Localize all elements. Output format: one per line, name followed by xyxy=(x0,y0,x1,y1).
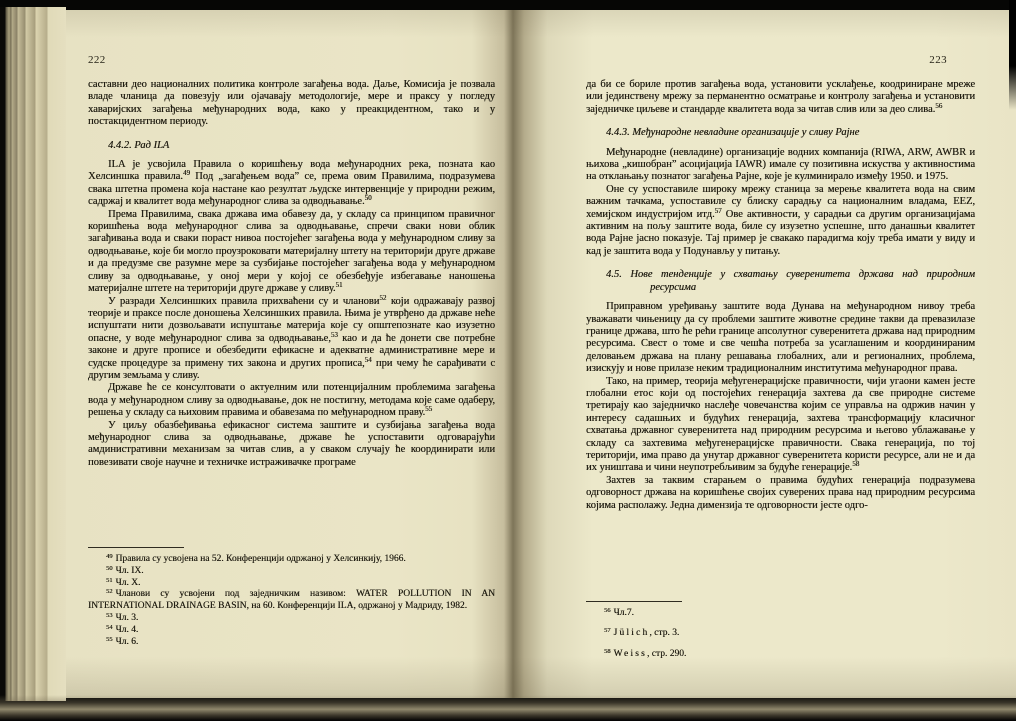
text-run: , стр. 290. xyxy=(647,649,686,659)
text-run: Jülich xyxy=(614,628,650,638)
page-number-left: 222 xyxy=(88,54,495,66)
footnote-separator-left xyxy=(88,547,184,548)
text-run: У разради Хелсиншких правила прихваћени … xyxy=(108,296,379,307)
footnote-number: 49 xyxy=(106,553,113,560)
text-run: саставни део националних политика контро… xyxy=(88,79,495,127)
scanned-book-spread: 222 саставни део националних политика ко… xyxy=(0,0,1016,721)
footnote-number: 54 xyxy=(106,624,113,631)
text-run: Чл. X. xyxy=(116,578,141,588)
text-run: Чл. 4. xyxy=(116,625,139,635)
text-run: 4.5. Нове тенденције у схватању суверени… xyxy=(606,269,975,292)
footnote-number: 55 xyxy=(106,636,113,643)
footnote: 52Чланови су усвојени под заједничким на… xyxy=(88,589,495,613)
footnote-ref: 56 xyxy=(935,102,942,110)
footnote: 54Чл. 4. xyxy=(88,625,495,637)
page-edges-left xyxy=(0,7,66,701)
paragraph: ILA је усвојила Правила о коришћењу вода… xyxy=(88,159,495,209)
text-run: Захтев за таквим старањем о правима буду… xyxy=(586,475,975,511)
page-right: 223 да би се бориле против загађења вода… xyxy=(586,54,975,512)
paragraph: У разради Хелсиншких правила прихваћени … xyxy=(88,296,495,383)
footnote-ref: 49 xyxy=(183,169,190,177)
footnote-ref: 53 xyxy=(331,331,338,339)
text-run: Weiss xyxy=(614,649,647,659)
text-run: Правила су усвојена на 52. Конференцији … xyxy=(116,554,406,564)
text-run: У циљу обазбеђивања ефикасног система за… xyxy=(88,420,495,468)
paragraph: Тако, на пример, теорија међугенерацијск… xyxy=(586,376,975,475)
paragraph: Захтев за таквим старањем о правима буду… xyxy=(586,475,975,512)
footnote-ref: 55 xyxy=(425,405,432,413)
text-run: 4.4.3. Међународне невладине организациј… xyxy=(606,127,859,138)
text-run: Међународне (невладине) организације вод… xyxy=(586,147,975,183)
paragraph: да би се бориле против загађења вода, ус… xyxy=(586,79,975,116)
paragraph: Државе ће се консултовати о актуелним ил… xyxy=(88,382,495,419)
footnote-ref: 57 xyxy=(715,207,722,215)
footnote: 56Чл.7. xyxy=(586,608,975,620)
section-heading: 4.4.2. Рад ILA xyxy=(88,140,495,152)
text-run: Према Правилима, свака држава има обавез… xyxy=(88,209,495,294)
paragraph: У циљу обазбеђивања ефикасног система за… xyxy=(88,420,495,470)
paragraph: саставни део националних политика контро… xyxy=(88,79,495,129)
text-run: Државе ће се консултовати о актуелним ил… xyxy=(88,382,495,418)
text-run: Чланови су усвојени под заједничким нази… xyxy=(88,589,495,611)
text-run: Приправном уређивању заштите вода Дунава… xyxy=(586,301,975,374)
page-number-right: 223 xyxy=(586,54,975,66)
text-run: Тако, на пример, теорија међугенерацијск… xyxy=(586,376,975,474)
text-run: 4.4.2. Рад ILA xyxy=(108,140,169,151)
text-run: Чл.7. xyxy=(614,608,634,618)
text-run: да би се бориле против загађења вода, ус… xyxy=(586,79,975,115)
page-edges-bottom xyxy=(0,695,1016,721)
footnote-number: 53 xyxy=(106,612,113,619)
footnote: 50Чл. IX. xyxy=(88,566,495,578)
paragraph: Оне су успоставиле широку мрежу станица … xyxy=(586,184,975,258)
section-heading: 4.4.3. Међународне невладине организациј… xyxy=(586,127,975,139)
footnote-number: 56 xyxy=(604,607,611,614)
paragraph: Међународне (невладине) организације вод… xyxy=(586,147,975,184)
text-run: , стр. 3. xyxy=(649,628,679,638)
footnote-ref: 58 xyxy=(852,460,859,468)
footnote: 51Чл. X. xyxy=(88,578,495,590)
footnote-ref: 54 xyxy=(365,356,372,364)
footnote-number: 58 xyxy=(604,648,611,655)
page-left-body: саставни део националних политика контро… xyxy=(88,79,495,469)
section-heading: 4.5. Нове тенденције у схватању суверени… xyxy=(586,269,975,294)
footnotes-left: 49Правила су усвојена на 52. Конференциј… xyxy=(88,554,495,648)
paragraph: Према Правилима, свака држава има обавез… xyxy=(88,209,495,296)
footnote: 49Правила су усвојена на 52. Конференциј… xyxy=(88,554,495,566)
footnote: 55Чл. 6. xyxy=(88,637,495,649)
footnote-number: 57 xyxy=(604,627,611,634)
footnotes-right: 56Чл.7.57Jülich, стр. 3.58Weiss, стр. 29… xyxy=(586,608,975,669)
footnote-number: 50 xyxy=(106,565,113,572)
paragraph: Приправном уређивању заштите вода Дунава… xyxy=(586,301,975,375)
footnote: 58Weiss, стр. 290. xyxy=(586,649,975,661)
footnote-ref: 51 xyxy=(336,281,343,289)
text-run: Чл. 3. xyxy=(116,613,139,623)
footnote: 53Чл. 3. xyxy=(88,613,495,625)
scan-corner-shadow xyxy=(1009,0,1016,110)
footnote-number: 51 xyxy=(106,577,113,584)
page-right-body: да би се бориле против загађења вода, ус… xyxy=(586,79,975,512)
footnote: 57Jülich, стр. 3. xyxy=(586,628,975,640)
text-run: Чл. IX. xyxy=(116,566,144,576)
footnote-separator-right xyxy=(586,601,682,602)
footnote-number: 52 xyxy=(106,588,113,595)
text-run: Чл. 6. xyxy=(116,637,139,647)
page-left: 222 саставни део националних политика ко… xyxy=(88,54,495,469)
footnote-ref: 50 xyxy=(365,194,372,202)
